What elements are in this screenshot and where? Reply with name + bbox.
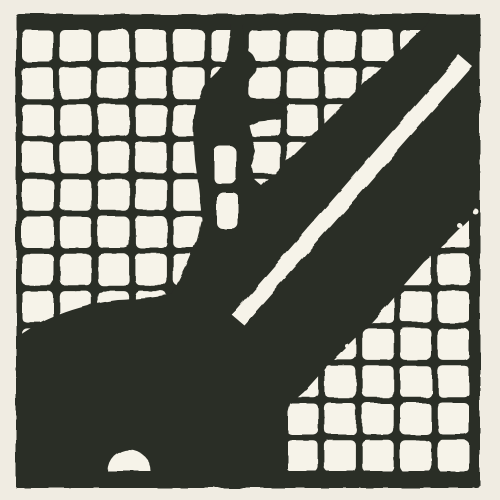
- window-pane: [60, 30, 92, 62]
- window-pane: [173, 30, 205, 62]
- window-pane: [98, 30, 130, 62]
- window-pane: [324, 366, 356, 398]
- woodcut-print: [0, 0, 500, 500]
- window-pane: [60, 105, 92, 137]
- window-pane: [135, 217, 167, 249]
- window-pane: [438, 440, 470, 472]
- window-pane: [22, 105, 54, 137]
- window-pane: [287, 105, 319, 137]
- window-pane: [135, 67, 167, 99]
- window-pane: [60, 217, 92, 249]
- window-pane: [324, 440, 356, 472]
- window-pane: [287, 67, 319, 99]
- window-pane: [98, 179, 130, 211]
- window-pane: [60, 254, 92, 285]
- window-pane: [22, 30, 54, 62]
- window-pane: [287, 30, 319, 62]
- window-pane: [135, 254, 167, 285]
- window-pane: [98, 105, 130, 137]
- window-pane: [135, 142, 167, 174]
- window-pane: [362, 30, 394, 62]
- window-pane: [22, 179, 54, 211]
- window-pane: [98, 217, 130, 249]
- window-pane: [173, 67, 205, 99]
- window-pane: [135, 30, 167, 62]
- window-pane: [22, 254, 54, 285]
- window-pane: [400, 291, 432, 323]
- window-pane: [324, 403, 356, 435]
- print-speck: [422, 264, 427, 269]
- window-pane: [438, 254, 470, 285]
- window-pane: [22, 142, 54, 174]
- window-pane: [362, 403, 394, 435]
- window-pane: [98, 67, 130, 99]
- woodcut-illustration: [0, 0, 500, 500]
- window-pane: [438, 328, 470, 360]
- print-speck: [345, 344, 349, 348]
- print-speck: [458, 224, 463, 229]
- window-pane: [98, 254, 130, 285]
- window-pane: [400, 328, 432, 360]
- window-pane: [400, 366, 432, 398]
- window-pane: [438, 403, 470, 435]
- window-pane: [400, 440, 432, 472]
- print-speck: [472, 208, 478, 214]
- leg-gap-upper: [214, 146, 236, 184]
- window-pane: [60, 179, 92, 211]
- window-pane: [438, 366, 470, 398]
- window-pane: [60, 67, 92, 99]
- leg-gap-lower: [217, 192, 238, 229]
- window-pane: [135, 179, 167, 211]
- window-pane: [400, 403, 432, 435]
- window-pane: [22, 67, 54, 99]
- window-pane: [22, 217, 54, 249]
- window-pane: [362, 366, 394, 398]
- window-pane: [438, 291, 470, 323]
- window-pane: [287, 403, 319, 435]
- window-pane: [324, 30, 356, 62]
- window-pane: [60, 142, 92, 174]
- window-pane: [287, 440, 319, 472]
- window-pane: [362, 328, 394, 360]
- print-impression: [16, 14, 480, 488]
- window-pane: [324, 67, 356, 99]
- window-pane: [362, 440, 394, 472]
- window-pane: [135, 105, 167, 137]
- window-pane: [22, 291, 54, 323]
- window-pane: [98, 142, 130, 174]
